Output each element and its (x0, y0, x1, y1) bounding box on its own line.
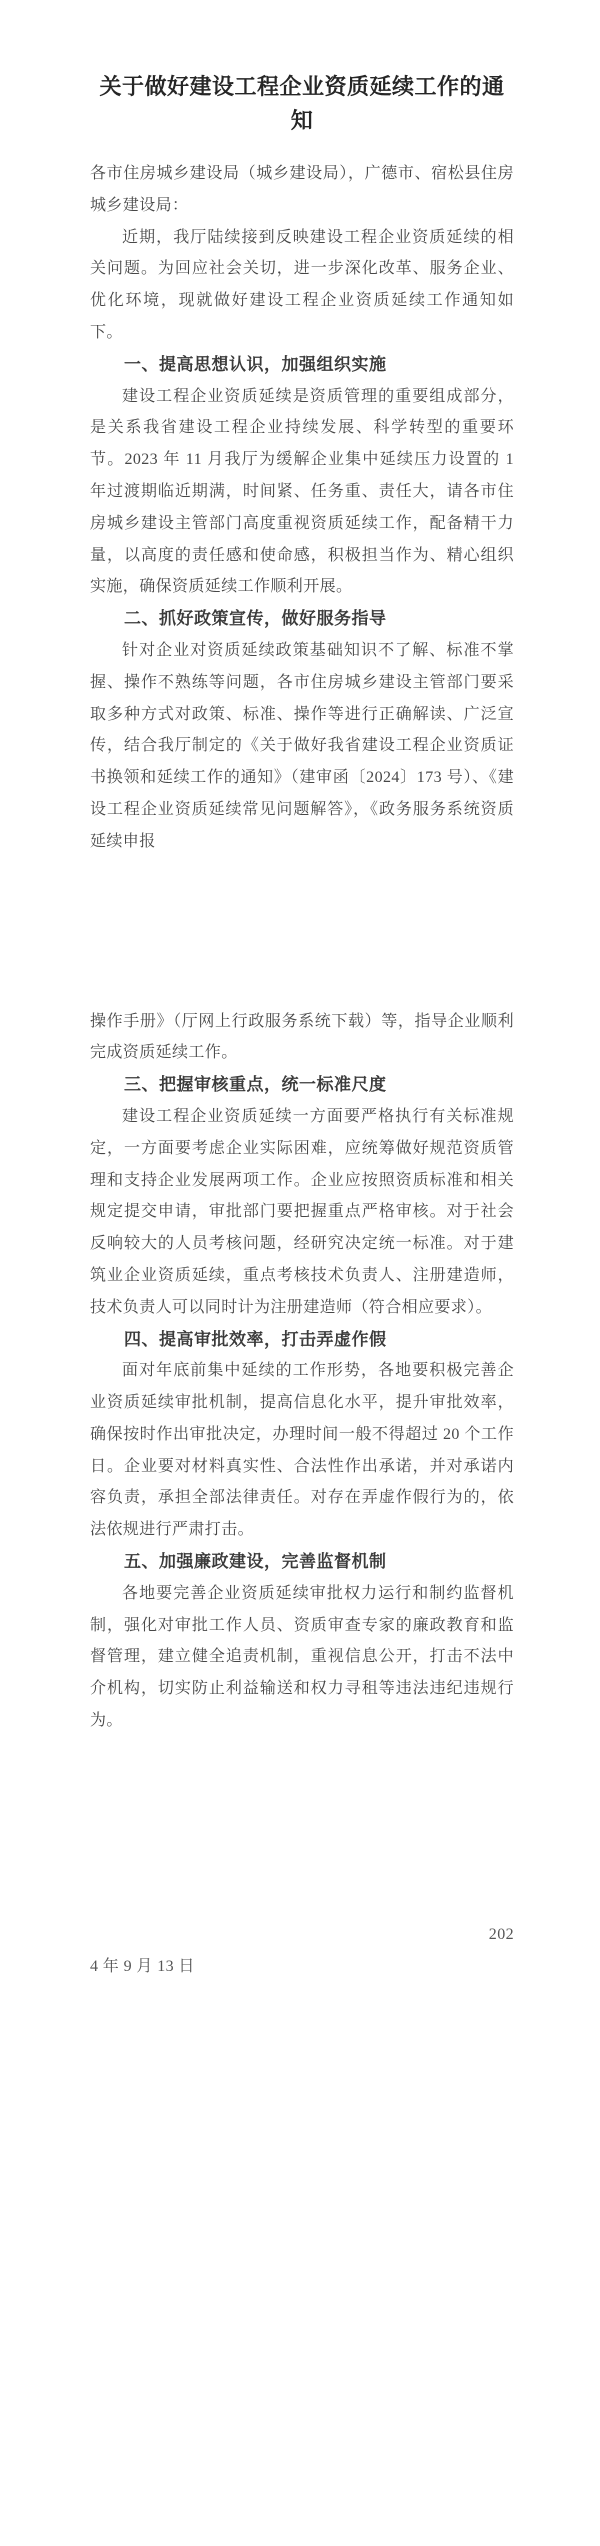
section-3-body: 建设工程企业资质延续一方面要严格执行有关标准规定，一方面要考虑企业实际困难，应统… (90, 1101, 514, 1324)
section-5-body: 各地要完善企业资质延续审批权力运行和制约监督机制，强化对审批工作人员、资质审查专… (90, 1578, 514, 1737)
section-3-heading: 三、把握审核重点，统一标准尺度 (90, 1069, 514, 1101)
section-2-heading: 二、抓好政策宣传，做好服务指导 (90, 603, 514, 635)
pre-date-gap (90, 1737, 514, 1919)
salutation: 各市住房城乡建设局（城乡建设局），广德市、宿松县住房城乡建设局： (90, 158, 514, 222)
section-5-heading: 五、加强廉政建设，完善监督机制 (90, 1546, 514, 1578)
section-4-heading: 四、提高审批效率，打击弄虚作假 (90, 1324, 514, 1356)
section-1-heading: 一、提高思想认识，加强组织实施 (90, 349, 514, 381)
page-break-gap (90, 858, 514, 1006)
intro-paragraph: 近期，我厅陆续接到反映建设工程企业资质延续的相关问题。为回应社会关切，进一步深化… (90, 222, 514, 349)
date-line-1: 202 (90, 1919, 514, 1951)
date-line-2: 4 年 9 月 13 日 (90, 1951, 514, 1983)
document-page: 关于做好建设工程企业资质延续工作的通知 各市住房城乡建设局（城乡建设局），广德市… (0, 0, 600, 2546)
section-1-body: 建设工程企业资质延续是资质管理的重要组成部分，是关系我省建设工程企业持续发展、科… (90, 381, 514, 604)
document-title: 关于做好建设工程企业资质延续工作的通知 (90, 70, 514, 138)
section-4-body: 面对年底前集中延续的工作形势，各地要积极完善企业资质延续审批机制，提高信息化水平… (90, 1355, 514, 1546)
section-2-body-part2: 操作手册》（厅网上行政服务系统下载）等，指导企业顺利完成资质延续工作。 (90, 1006, 514, 1070)
section-2-body-part1: 针对企业对资质延续政策基础知识不了解、标准不掌握、操作不熟练等问题，各市住房城乡… (90, 635, 514, 858)
